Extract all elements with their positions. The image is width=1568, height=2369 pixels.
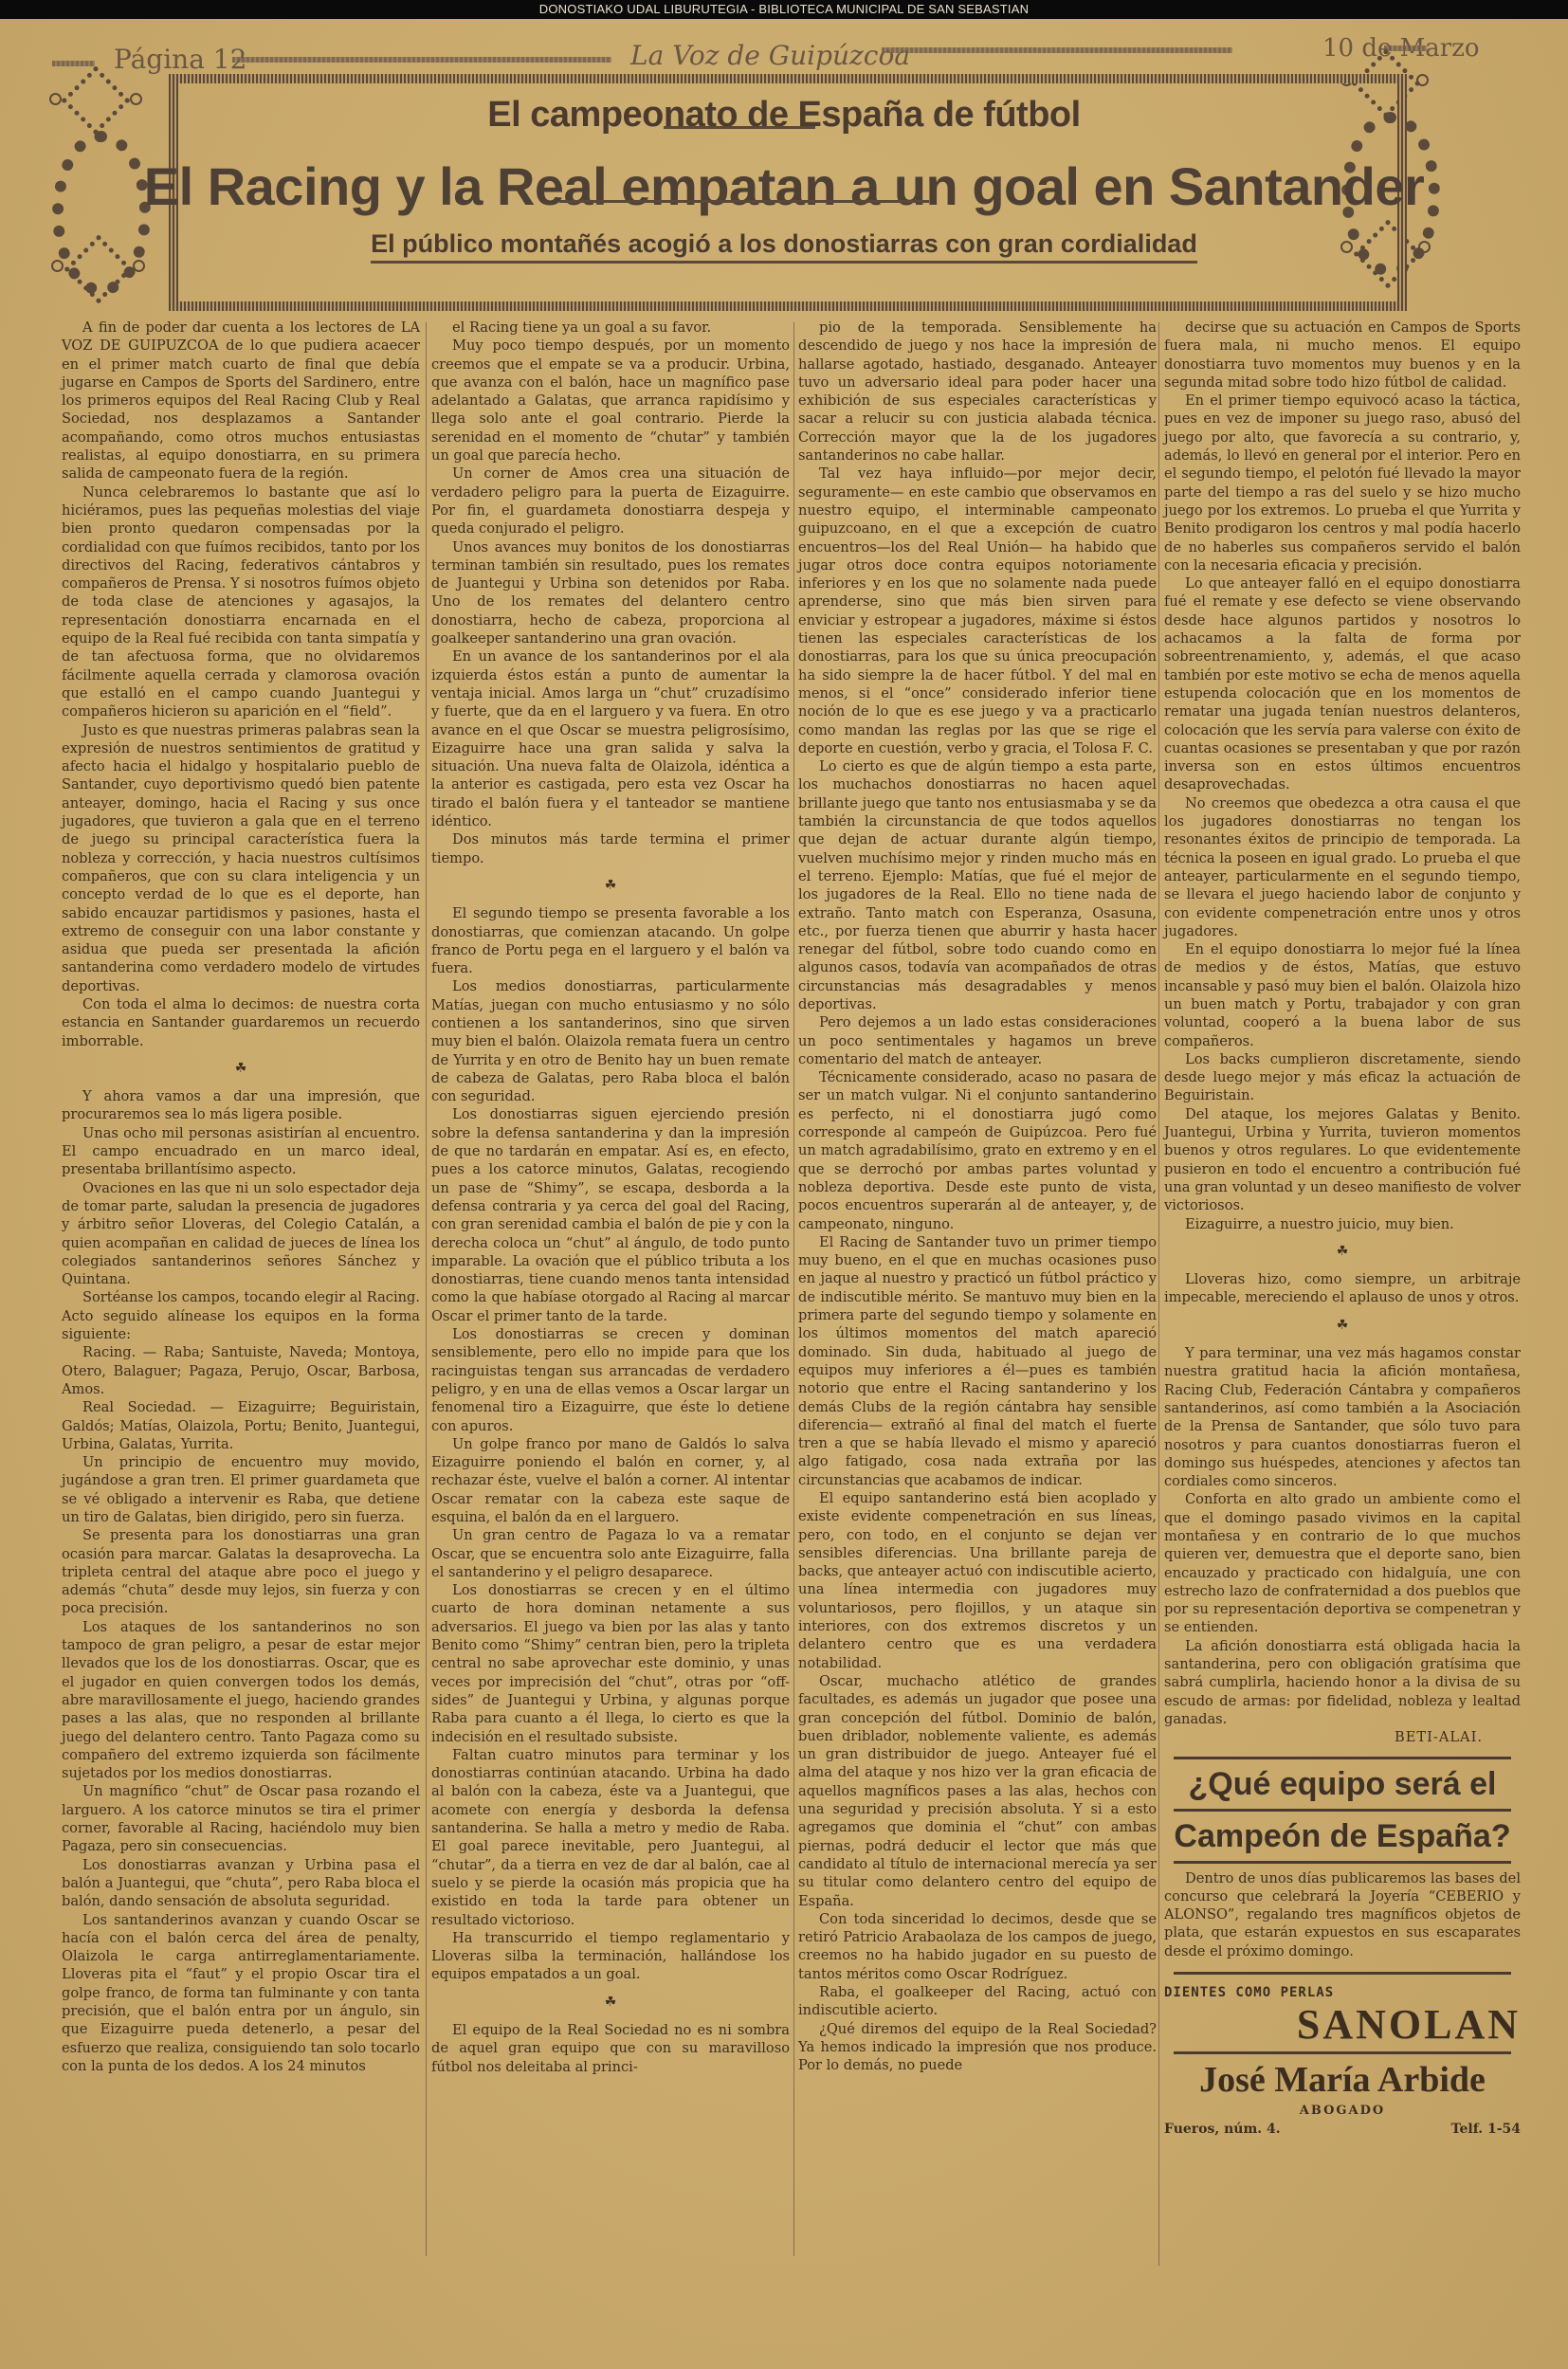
article-paragraph: Lo que anteayer falló en el equipo donos… [1164, 574, 1521, 794]
box-rule [1174, 1972, 1511, 1975]
article-paragraph: Raba, el goalkeeper del Racing, actuó co… [798, 1983, 1157, 2020]
article-paragraph: Dos minutos más tarde termina el primer … [431, 830, 790, 867]
article-paragraph: Racing. — Raba; Santuiste, Naveda; Monto… [62, 1343, 420, 1398]
article-paragraph: No creemos que obedezca a otra causa el … [1164, 794, 1521, 940]
folio-rule [52, 61, 95, 66]
box-rule [1174, 1757, 1511, 1759]
article-paragraph: decirse que su actuación en Campos de Sp… [1164, 319, 1521, 392]
article-paragraph: En un avance de los santanderinos por el… [431, 647, 790, 830]
ad-lawyer-footer: Fueros, núm. 4. Telf. 1-54 [1164, 2121, 1521, 2139]
newspaper-page: Página 12 La Voz de Guipúzcoa 10 de Marz… [0, 19, 1568, 2369]
article-paragraph: Eizaguirre, a nuestro juicio, muy bien. [1164, 1215, 1521, 1233]
article-paragraph: Se presenta para los donostiarras una gr… [62, 1526, 420, 1617]
article-paragraph: Los backs cumplieron discretamente, sien… [1164, 1050, 1521, 1105]
ad-lawyer-role: ABOGADO [1164, 2102, 1521, 2120]
article-paragraph: El Racing de Santander tuvo un primer ti… [798, 1233, 1157, 1489]
article-paragraph: Y ahora vamos a dar una impresión, que p… [62, 1087, 420, 1124]
article-paragraph: Técnicamente considerado, acaso no pasar… [798, 1068, 1157, 1233]
headline-divider [559, 200, 929, 203]
article-paragraph: Con toda el alma lo decimos: de nuestra … [62, 995, 420, 1050]
author-signature: BETI-ALAI. [1164, 1728, 1521, 1746]
headline-title: El Racing y la Real empatan a un goal en… [0, 155, 1568, 217]
article-paragraph: El equipo santanderino está bien acoplad… [798, 1489, 1157, 1672]
article-paragraph: Del ataque, los mejores Galatas y Benito… [1164, 1105, 1521, 1215]
archive-banner: DONOSTIAKO UDAL LIBURUTEGIA - BIBLIOTECA… [0, 2, 1568, 16]
article-paragraph: Faltan cuatro minutos para terminar y lo… [431, 1746, 790, 1929]
section-separator-icon: ☘ [1164, 1317, 1521, 1335]
article-paragraph: Los donostiarras avanzan y Urbina pasa e… [62, 1856, 420, 1911]
ad-lawyer-phone: Telf. 1-54 [1451, 2121, 1521, 2139]
article-paragraph: Con toda sinceridad lo decimos, desde qu… [798, 1910, 1157, 1983]
article-paragraph: Lloveras hizo, como siempre, un arbitraj… [1164, 1270, 1521, 1307]
article-paragraph: Justo es que nuestras primeras palabras … [62, 721, 420, 995]
article-paragraph: Un corner de Amos crea una situación de … [431, 465, 790, 538]
article-paragraph: Oscar, muchacho atlético de grandes facu… [798, 1672, 1157, 1910]
article-paragraph: Los donostiarras se crecen y en el últim… [431, 1581, 790, 1746]
article-column-2: el Racing tiene ya un goal a su favor.Mu… [431, 319, 790, 2076]
article-paragraph: Un principio de encuentro muy movido, ju… [62, 1453, 420, 1526]
column-rule [426, 322, 427, 2256]
column-rule [793, 322, 794, 2256]
contest-body: Dentro de unos días publicaremos las bas… [1164, 1869, 1521, 1960]
section-separator-icon: ☘ [431, 1994, 790, 2012]
contest-title-line2: Campeón de España? [1164, 1815, 1521, 1857]
ad-lawyer-name: José María Arbide [1164, 2058, 1521, 2102]
article-paragraph: Y para terminar, una vez más hagamos con… [1164, 1344, 1521, 1490]
article-paragraph: Pero dejemos a un lado estas consideraci… [798, 1013, 1157, 1068]
article-paragraph: La afición donostiarra está obligada hac… [1164, 1637, 1521, 1728]
headline-deck: El público montañés acogió a los donosti… [0, 229, 1568, 259]
contest-title-line1: ¿Qué equipo será el [1164, 1763, 1521, 1805]
section-separator-icon: ☘ [1164, 1243, 1521, 1261]
ornament-dot-icon [133, 260, 145, 272]
article-paragraph: Ovaciones en las que ni un solo espectad… [62, 1179, 420, 1289]
article-paragraph: Muy poco tiempo después, por un momento … [431, 337, 790, 465]
article-paragraph: A fin de poder dar cuenta a los lectores… [62, 319, 420, 483]
article-column-1: A fin de poder dar cuenta a los lectores… [62, 319, 420, 2075]
ad-tagline: DIENTES COMO PERLAS [1164, 1984, 1521, 2002]
article-paragraph: Los medios donostiarras, particularmente… [431, 977, 790, 1105]
ad-lawyer-address: Fueros, núm. 4. [1164, 2121, 1281, 2139]
article-paragraph: En el equipo donostiarra lo mejor fué la… [1164, 940, 1521, 1050]
article-column-4: decirse que su actuación en Campos de Sp… [1164, 319, 1521, 2139]
article-paragraph: Un golpe franco por mano de Galdós lo sa… [431, 1435, 790, 1526]
article-paragraph: Unas ocho mil personas asistirían al enc… [62, 1124, 420, 1179]
article-paragraph: Los ataques de los santanderinos no son … [62, 1618, 420, 1783]
article-paragraph: Un magnífico “chut” de Oscar pasa rozand… [62, 1782, 420, 1855]
article-paragraph: Los santanderinos avanzan y cuando Oscar… [62, 1911, 420, 2076]
folio-rule [232, 57, 611, 63]
section-separator-icon: ☘ [431, 877, 790, 895]
article-paragraph: Tal vez haya influido—por mejor decir, s… [798, 465, 1157, 757]
box-rule [1174, 1809, 1511, 1812]
folio-rule [882, 47, 1232, 53]
folio-rule [1384, 46, 1427, 51]
article-paragraph: Conforta en alto grado un ambiente como … [1164, 1490, 1521, 1636]
article-paragraph: Un gran centro de Pagaza lo va a rematar… [431, 1526, 790, 1581]
ad-brand-sanolan: SANOLAN [1164, 2002, 1521, 2048]
ornament-dot-icon [1416, 74, 1429, 86]
newspaper-name: La Voz de Guipúzcoa [630, 40, 910, 78]
headline-kicker: El campeonato de España de fútbol [0, 95, 1568, 136]
article-column-3: pio de la temporada. Sensiblemente ha de… [798, 319, 1157, 2075]
article-paragraph: Los donostiarras se crecen y dominan sen… [431, 1325, 790, 1435]
section-separator-icon: ☘ [62, 1060, 420, 1078]
article-paragraph: Ha transcurrido el tiempo reglamentario … [431, 1929, 790, 1984]
article-paragraph: En el primer tiempo equivocó acaso la tá… [1164, 392, 1521, 574]
article-paragraph: Real Sociedad. — Eizaguirre; Beguiristai… [62, 1398, 420, 1453]
article-paragraph: Lo cierto es que de algún tiempo a esta … [798, 757, 1157, 1013]
article-paragraph: El segundo tiempo se presenta favorable … [431, 904, 790, 977]
headline-divider [664, 126, 815, 129]
article-paragraph: Unos avances muy bonitos de los donostia… [431, 538, 790, 648]
article-paragraph: Sortéanse los campos, tocando elegir al … [62, 1288, 420, 1343]
col4-body: decirse que su actuación en Campos de Sp… [1164, 319, 1521, 1728]
box-rule [1174, 2051, 1511, 2054]
box-rule [1174, 1861, 1511, 1864]
article-paragraph: pio de la temporada. Sensiblemente ha de… [798, 319, 1157, 465]
article-paragraph: Nunca celebraremos lo bastante que así l… [62, 483, 420, 721]
article-paragraph: Los donostiarras siguen ejerciendo presi… [431, 1105, 790, 1325]
ornament-dot-icon [51, 260, 64, 272]
column-rule [1158, 322, 1159, 2266]
deck-text: El público montañés acogió a los donosti… [371, 229, 1197, 264]
article-paragraph: El equipo de la Real Sociedad no es ni s… [431, 2021, 790, 2076]
article-paragraph: ¿Qué diremos del equipo de la Real Socie… [798, 2020, 1157, 2075]
article-paragraph: el Racing tiene ya un goal a su favor. [431, 319, 790, 337]
